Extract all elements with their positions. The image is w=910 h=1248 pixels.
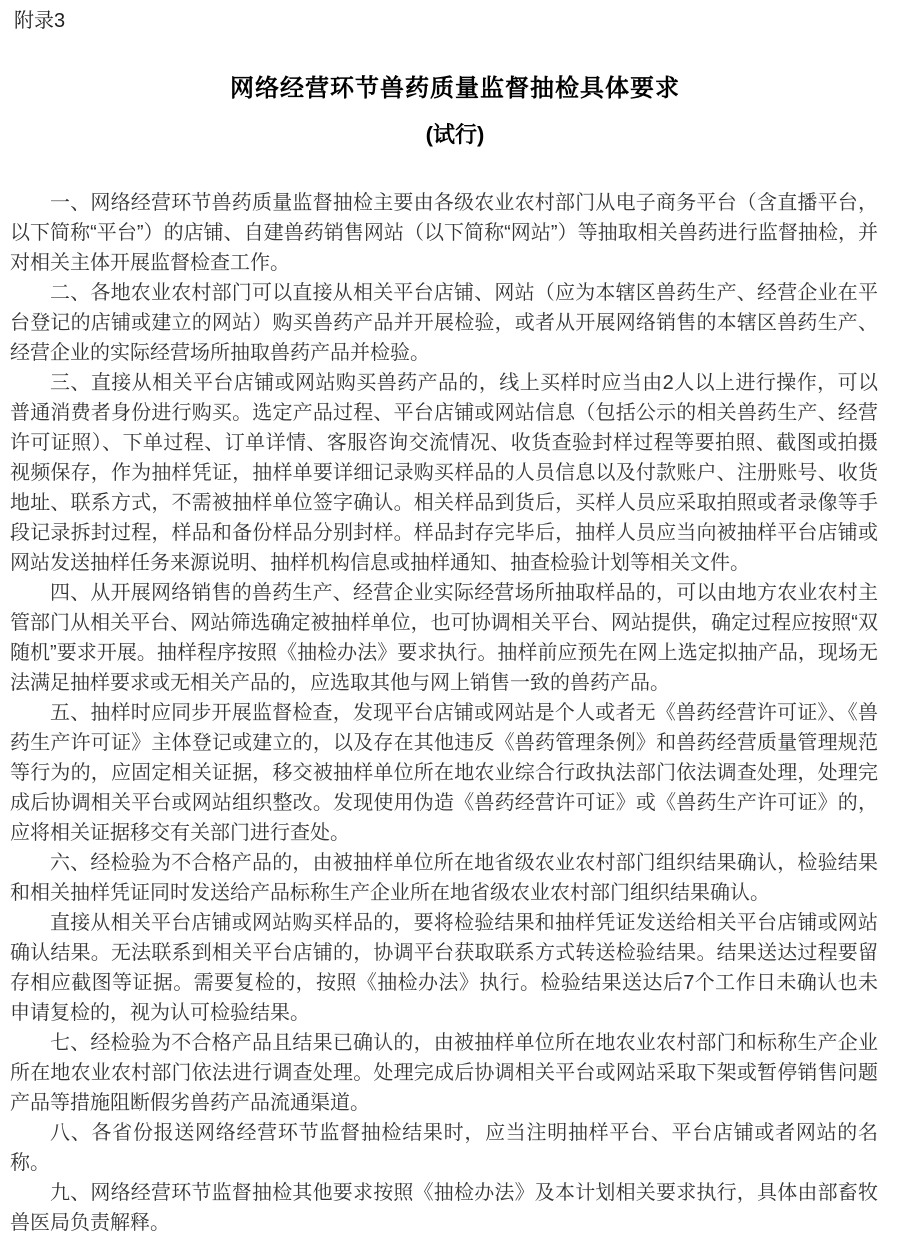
document-body: 一、网络经营环节兽药质量监督抽检主要由各级农业农村部门从电子商务平台（含直播平台… [10,188,878,1238]
paragraph-2: 二、各地农业农村部门可以直接从相关平台店铺、网站（应为本辖区兽药生产、经营企业在… [10,278,878,368]
paragraph-9: 九、网络经营环节监督抽检其他要求按照《抽检办法》及本计划相关要求执行，具体由部畜… [10,1178,878,1238]
document-page: 附录3 网络经营环节兽药质量监督抽检具体要求 (试行) 一、网络经营环节兽药质量… [0,0,910,1248]
appendix-label: 附录3 [0,0,910,33]
document-subtitle: (试行) [0,121,910,148]
paragraph-8: 八、各省份报送网络经营环节监督抽检结果时，应当注明抽样平台、平台店铺或者网站的名… [10,1118,878,1178]
paragraph-6-continued: 直接从相关平台店铺或网站购买样品的，要将检验结果和抽样凭证发送给相关平台店铺或网… [10,908,878,1028]
paragraph-7: 七、经检验为不合格产品且结果已确认的，由被抽样单位所在地农业农村部门和标称生产企… [10,1028,878,1118]
paragraph-3: 三、直接从相关平台店铺或网站购买兽药产品的，线上买样时应当由2人以上进行操作，可… [10,368,878,578]
document-title: 网络经营环节兽药质量监督抽检具体要求 [0,75,910,103]
paragraph-1: 一、网络经营环节兽药质量监督抽检主要由各级农业农村部门从电子商务平台（含直播平台… [10,188,878,278]
paragraph-6: 六、经检验为不合格产品的，由被抽样单位所在地省级农业农村部门组织结果确认，检验结… [10,848,878,908]
paragraph-5: 五、抽样时应同步开展监督检查，发现平台店铺或网站是个人或者无《兽药经营许可证》、… [10,698,878,848]
paragraph-4: 四、从开展网络销售的兽药生产、经营企业实际经营场所抽取样品的，可以由地方农业农村… [10,578,878,698]
